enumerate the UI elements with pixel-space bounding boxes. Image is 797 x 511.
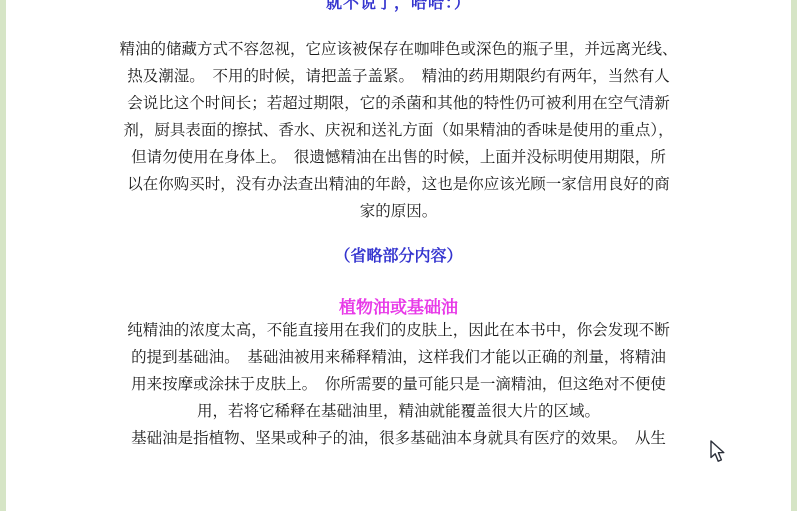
paragraph-line: 会说比这个时间长；若超过期限，它的杀菌和其他的特性仍可被利用在空气清新	[6, 90, 791, 117]
right-border-stripe	[791, 0, 797, 511]
paragraph-line: 基础油是指植物、坚果或种子的油，很多基础油本身就具有医疗的效果。 从生	[6, 425, 791, 452]
base-oil-paragraph: 纯精油的浓度太高，不能直接用在我们的皮肤上，因此在本书中，你会发现不断 的提到基…	[6, 317, 791, 452]
cursor-pointer-icon	[710, 440, 727, 464]
paragraph-line: 用，若将它稀释在基础油里，精油就能覆盖很大片的区域。	[6, 398, 791, 425]
paragraph-line: 精油的储藏方式不容忽视，它应该被保存在咖啡色或深色的瓶子里，并远离光线、	[6, 36, 791, 63]
section-heading-base-oils: 植物油或基础油	[6, 293, 791, 318]
paragraph-line: 纯精油的浓度太高，不能直接用在我们的皮肤上，因此在本书中，你会发现不断	[6, 317, 791, 344]
page-title-cutoff: 就不说了，哈哈：）	[6, 0, 791, 13]
paragraph-line: 剂，厨具表面的擦拭、香水、庆祝和送礼方面（如果精油的香味是使用的重点），	[6, 117, 791, 144]
document-page: { "colors": { "background": "#ffffff", "…	[0, 0, 797, 511]
paragraph-line: 热及潮湿。 不用的时候，请把盖子盖紧。 精油的药用期限约有两年，当然有人	[6, 63, 791, 90]
paragraph-line: 用来按摩或涂抹于皮肤上。 你所需要的量可能只是一滴精油，但这绝对不便使	[6, 371, 791, 398]
storage-paragraph: 精油的储藏方式不容忽视，它应该被保存在咖啡色或深色的瓶子里，并远离光线、 热及潮…	[6, 36, 791, 225]
paragraph-line: 的提到基础油。 基础油被用来稀释精油，这样我们才能以正确的剂量，将精油	[6, 344, 791, 371]
omitted-content-note: （省略部分内容）	[6, 243, 791, 266]
document-content: 就不说了，哈哈：） 精油的储藏方式不容忽视，它应该被保存在咖啡色或深色的瓶子里，…	[6, 0, 791, 511]
paragraph-line: 以在你购买时，没有办法查出精油的年龄，这也是你应该光顾一家信用良好的商	[6, 171, 791, 198]
paragraph-line: 但请勿使用在身体上。 很遗憾精油在出售的时候，上面并没标明使用期限，所	[6, 144, 791, 171]
paragraph-line: 家的原因。	[6, 198, 791, 225]
